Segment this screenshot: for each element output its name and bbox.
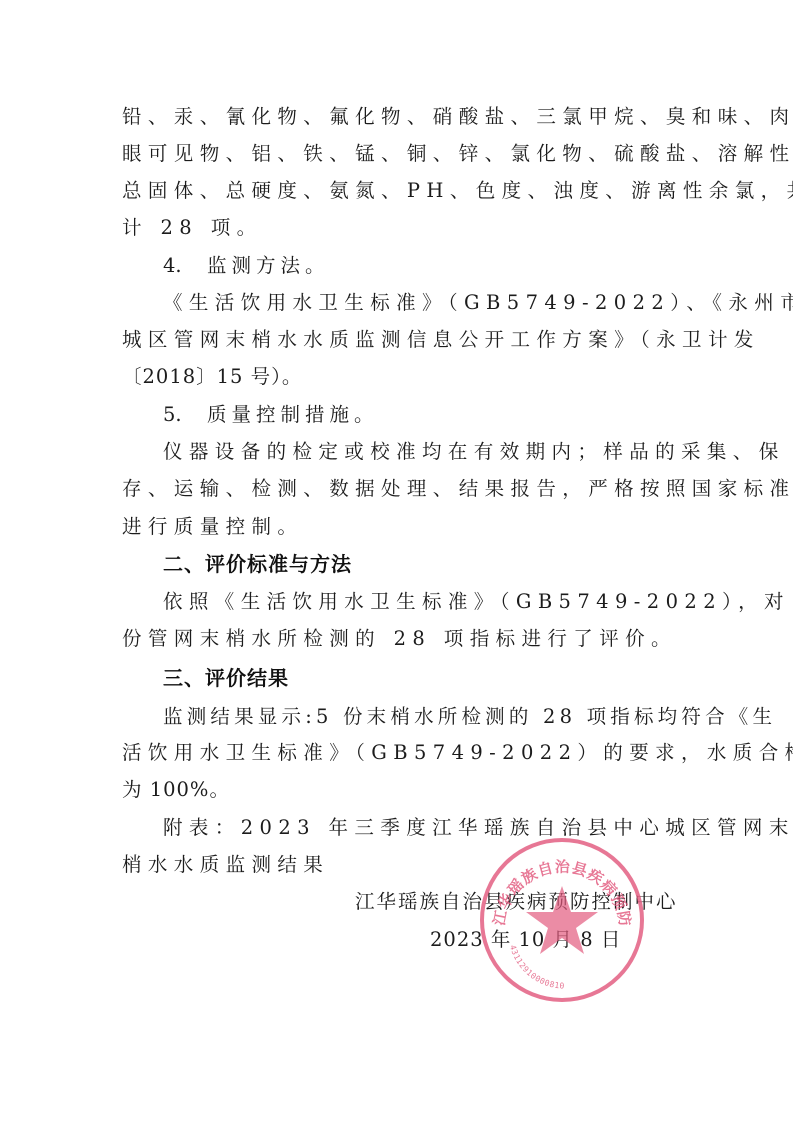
signature-organization: 江华瑶族自治县疾病预防控制中心 (355, 887, 672, 917)
indicator-list-line: 眼可见物、铝、铁、锰、铜、锌、氯化物、硫酸盐、溶解性 (122, 139, 672, 169)
section-3-body-line: 监测结果显示:5 份末梢水所检测的 28 项指标均符合《生 (163, 702, 672, 732)
item-title: 监测方法。 (207, 254, 330, 277)
item-4-body-line: 〔2018〕15 号）。 (122, 362, 672, 392)
indicator-list-line: 铅、汞、氰化物、氟化物、硝酸盐、三氯甲烷、臭和味、肉 (122, 102, 672, 132)
section-2-body-line: 依照《生活饮用水卫生标准》（GB5749-2022），对 5 (163, 587, 672, 617)
attachment-line: 附表：2023 年三季度江华瑶族自治县中心城区管网末 (163, 813, 672, 843)
section-3-body-line: 活饮用水卫生标准》（GB5749-2022）的要求，水质合格率 (122, 738, 672, 768)
document-page: 铅、汞、氰化物、氟化物、硝酸盐、三氯甲烷、臭和味、肉 眼可见物、铝、铁、锰、铜、… (0, 0, 793, 1122)
item-5-body-line: 仪器设备的检定或校准均在有效期内；样品的采集、保 (163, 437, 672, 467)
section-heading-evaluation-result: 三、评价结果 (163, 663, 289, 693)
item-5-body-line: 存、运输、检测、数据处理、结果报告，严格按照国家标准 (122, 474, 672, 504)
item-5-heading: 5.质量控制措施。 (163, 400, 379, 430)
item-5-body-line: 进行质量控制。 (122, 512, 672, 542)
signature-date: 2023 年 10 月 8 日 (430, 925, 621, 955)
item-number: 5. (163, 400, 207, 430)
item-number: 4. (163, 251, 207, 281)
section-3-body-line: 为 100%。 (122, 775, 672, 805)
section-2-body-line: 份管网末梢水所检测的 28 项指标进行了评价。 (122, 624, 672, 654)
item-4-heading: 4.监测方法。 (163, 251, 330, 281)
attachment-line: 梢水水质监测结果 (122, 850, 672, 880)
item-4-body-line: 《生活饮用水卫生标准》（GB5749-2022）、《永州市 (163, 288, 672, 318)
indicator-list-line: 总固体、总硬度、氨氮、PH、色度、浊度、游离性余氯，共 (122, 176, 672, 206)
section-heading-evaluation-standard: 二、评价标准与方法 (163, 549, 352, 579)
item-title: 质量控制措施。 (207, 403, 379, 426)
item-4-body-line: 城区管网末梢水水质监测信息公开工作方案》（永卫计发 (122, 325, 672, 355)
indicator-list-line: 计 28 项。 (122, 213, 672, 243)
